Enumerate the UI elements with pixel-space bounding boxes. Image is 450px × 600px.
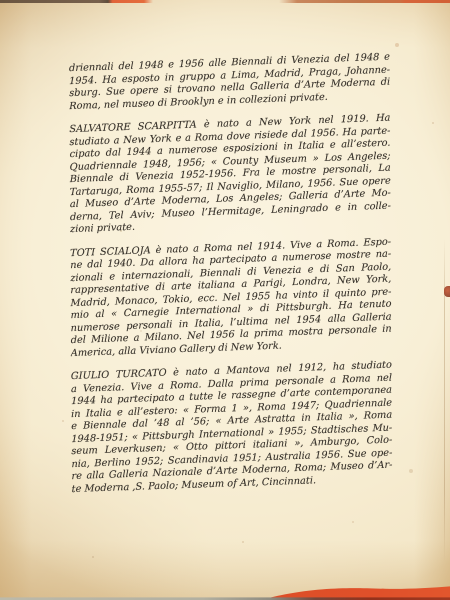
paper-freckles	[0, 0, 2, 2]
biography-paragraph: SALVATORE SCARPITTA è nato a New York ne…	[69, 113, 391, 237]
biography-paragraph: GIULIO TURCATO è nato a Mantova nel 1912…	[71, 360, 393, 496]
scanned-book-page: driennali del 1948 e 1956 alle Biennali …	[0, 0, 450, 600]
biography-paragraph: TOTI SCIALOJA è nato a Roma nel 1914. Vi…	[70, 236, 392, 360]
biography-paragraph: driennali del 1948 e 1956 alle Biennali …	[69, 52, 390, 113]
biography-text-block: driennali del 1948 e 1956 alle Biennali …	[69, 52, 393, 507]
page-top-edge	[0, 0, 450, 3]
red-ink-speck	[444, 286, 450, 297]
page-bottom-edge	[0, 574, 450, 600]
